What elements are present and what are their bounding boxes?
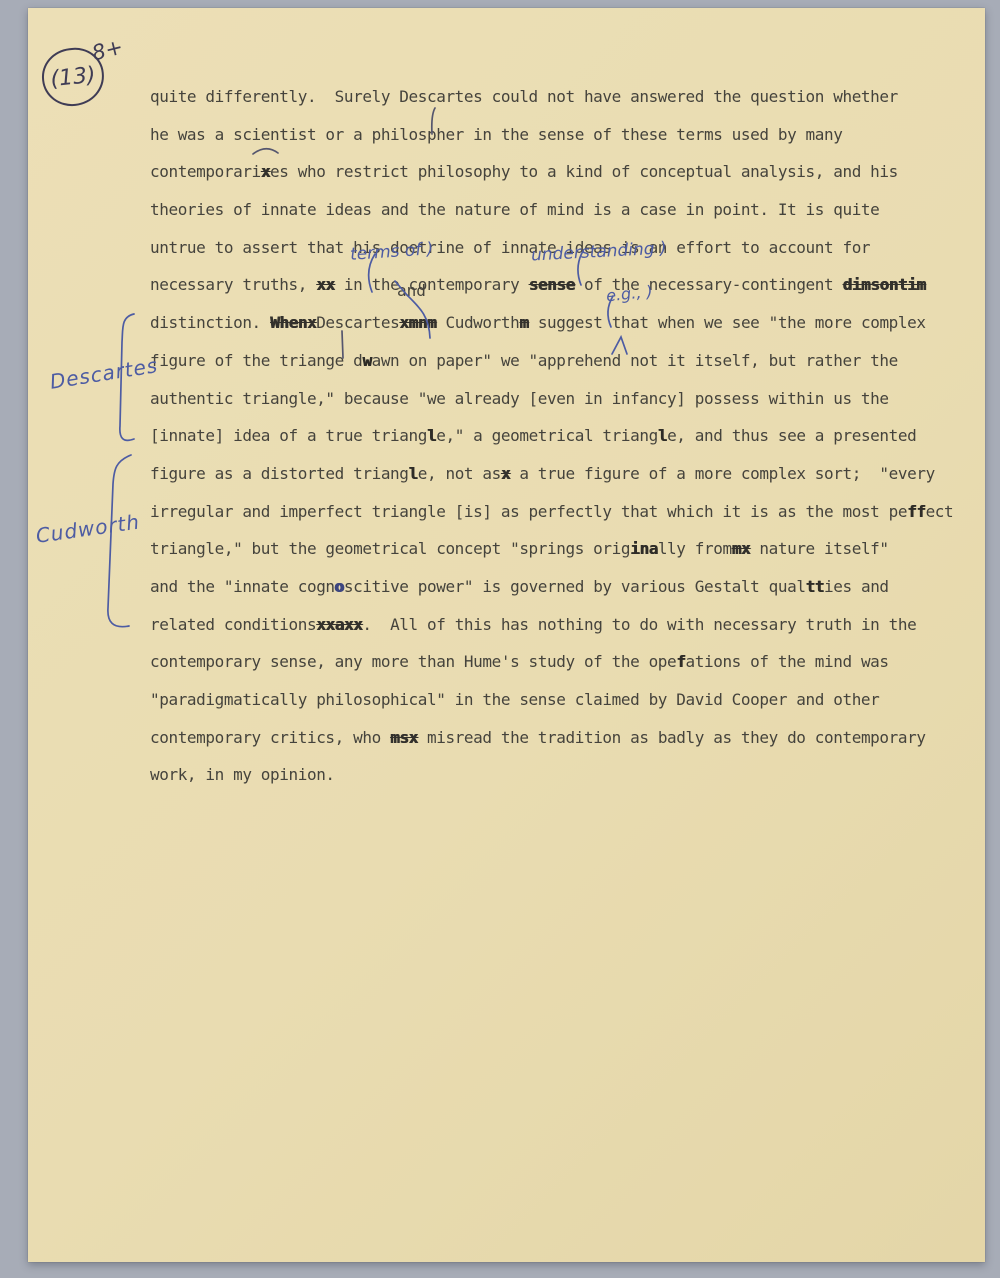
typed-line: figure of the triange dwawn on paper" we… [150, 342, 950, 380]
typed-line: contemporary critics, who msx misread th… [150, 719, 950, 757]
paper-sheet: (13) 8+ quite differently. Surely Descar… [28, 8, 985, 1262]
margin-label-cudworth: Cudworth [34, 510, 141, 548]
typed-line: he was a scientist or a philospher in th… [150, 116, 950, 154]
margin-bracket-cudworth-icon [108, 455, 131, 627]
typed-line: related conditionsxxaxx. All of this has… [150, 606, 950, 644]
typed-line: contemporary sense, any more than Hume's… [150, 643, 950, 681]
typed-line: authentic triangle," because "we already… [150, 380, 950, 418]
typed-line: necessary truths, xx in the contemporary… [150, 266, 950, 304]
typed-insert-and: and [397, 281, 426, 300]
typed-line: irregular and imperfect triangle [is] as… [150, 493, 950, 531]
typed-line: work, in my opinion. [150, 756, 950, 794]
typed-line: "paradigmatically philosophical" in the … [150, 681, 950, 719]
typed-line: figure as a distorted triangle, not asx … [150, 455, 950, 493]
typed-line: distinction. WhenxDescartesxmnm Cudworth… [150, 304, 950, 342]
typed-line: and the "innate cognoscitive power" is g… [150, 568, 950, 606]
typed-line: theories of innate ideas and the nature … [150, 191, 950, 229]
corner-note: 8+ [90, 35, 126, 66]
margin-label-descartes: Descartes [48, 353, 160, 394]
typed-line: [innate] idea of a true triangle," a geo… [150, 417, 950, 455]
page-number: (13) [49, 62, 97, 92]
scanned-manuscript-page: { "page": { "corner_page_number": "(13)"… [0, 0, 1000, 1278]
typed-line: quite differently. Surely Descartes coul… [150, 78, 950, 116]
typed-line: triangle," but the geometrical concept "… [150, 530, 950, 568]
typescript-body: quite differently. Surely Descartes coul… [150, 78, 950, 794]
typed-line: contemporarixes who restrict philosophy … [150, 153, 950, 191]
